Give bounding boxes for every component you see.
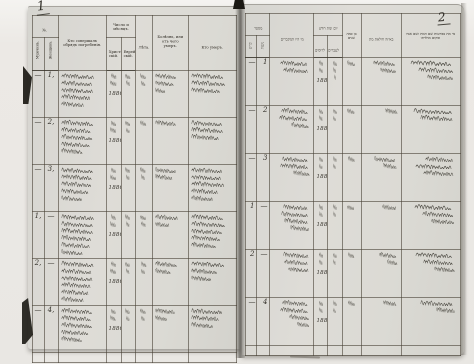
handwriting-scribble [283,251,312,258]
handwritten-year: 1886 [316,270,328,277]
entry-cell-d1: 1886 [106,306,121,353]
handwriting-scribble [333,59,338,66]
entry-cell-ill [361,202,401,250]
handwriting-scribble [348,299,356,306]
col-date-jewish-header: Еврей-скій. [121,38,135,71]
handwriting-scribble [280,59,311,66]
handwriting-scribble [61,321,96,328]
col-date-jewish-label: לעברים [331,48,339,52]
handwriting-scribble [111,72,117,79]
handwriting-scribble [191,133,223,140]
handwriting-scribble [111,260,117,267]
entry-number-male: 1 [246,202,257,250]
entry-number-male: — [32,165,44,212]
register-row: —1,1886 [32,71,236,118]
handwriting-scribble [141,314,145,321]
handwriting-scribble [125,72,131,79]
entry-cell-d2 [328,154,342,202]
handwriting-scribble [293,169,312,176]
register-page-right: 2 מספר מי היו המקברים יום ומת חדש בן כמה… [242,4,464,355]
handwriting-scribble [319,203,324,210]
entry-cell-who [58,306,106,353]
handwriting-scribble [111,119,117,126]
entry-cell-ill [152,118,188,165]
handwriting-scribble [191,173,225,180]
handwriting-scribble [379,251,399,258]
table-header-right: מספר מי היו המקברים יום ומת חדש בן כמה ש… [246,14,460,58]
col-deceased-header: Кто умеръ. [188,16,236,71]
col-date-christian-label: Христіан-скій. [109,50,118,59]
handwriting-scribble [282,155,312,162]
entry-cell-who [58,212,106,259]
handwriting-scribble [155,166,179,173]
handwriting-scribble [319,107,324,114]
col-age-header: בן כמה שנים [342,14,361,58]
entry-cell-name [188,259,236,306]
handwriting-scribble [61,288,93,295]
handwriting-scribble [126,220,130,227]
handwriting-scribble [155,220,171,227]
register-row: —2,1886 [32,118,236,165]
col-date-header: Число и мѣсяцъ. [106,16,135,38]
handwriting-scribble [125,260,130,267]
handwriting-scribble [155,213,181,220]
handwriting-scribble [191,267,221,274]
col-number-male-header: זכרים [246,36,257,58]
entry-cell-d1: 1886 [106,71,121,118]
handwriting-scribble [374,155,399,162]
handwriting-scribble [61,72,99,79]
handwriting-scribble [61,335,85,342]
handwriting-scribble [380,66,398,73]
handwritten-year: 1886 [316,318,328,325]
handwriting-scribble [418,66,458,73]
entry-cell-ill [361,106,401,154]
handwriting-scribble [125,213,131,220]
handwriting-scribble [61,314,95,321]
handwriting-scribble [289,313,312,320]
col-illness-label: באיזה חולאת מת [365,37,398,41]
handwriting-scribble [420,299,458,306]
scanned-register-spread: 1 №. Кто совершалъ обрядъ погребенія. Чи… [0,0,474,364]
handwriting-scribble [191,241,219,248]
col-number-male-label: Мужчинъ. [36,45,39,59]
register-row: —21886 [246,106,460,154]
handwriting-scribble [110,79,117,86]
handwriting-scribble [333,203,337,210]
entry-cell-name [401,154,460,202]
handwriting-scribble [155,79,176,86]
entry-number-female: — [257,202,270,250]
entry-cell-ill [152,212,188,259]
handwriting-scribble [126,314,130,321]
handwriting-scribble [141,173,145,180]
entry-cell-d2 [328,58,342,106]
page-edge-shadow [461,3,467,355]
handwriting-scribble [284,217,311,224]
handwriting-scribble [319,66,323,73]
handwriting-scribble [347,107,355,114]
handwriting-scribble [141,260,147,267]
entry-number-male: 1, [32,212,44,259]
binding-mark-gutter-top [233,0,245,9]
handwriting-scribble [280,162,312,169]
handwriting-scribble [434,265,458,272]
entry-number-male: — [32,118,44,165]
handwriting-scribble [191,72,228,79]
col-age-label: Лѣта. [138,45,149,49]
handwriting-scribble [382,203,398,210]
col-burial-header: Кто совершалъ обрядъ погребенія. [58,16,106,71]
handwriting-scribble [347,203,355,210]
handwriting-scribble [155,314,169,321]
entry-number-male: — [246,106,257,154]
handwriting-scribble [191,260,229,267]
col-number-female-header: נקבות [257,36,270,58]
handwriting-scribble [61,281,95,288]
entry-cell-age [135,118,152,165]
handwriting-scribble [155,173,175,180]
handwriting-scribble [319,155,324,162]
entry-cell-d1: 1886 [314,250,328,298]
handwriting-scribble [61,147,86,154]
entry-cell-age [135,71,152,118]
handwriting-scribble [319,251,324,258]
handwriting-scribble [280,306,312,313]
handwriting-scribble [125,307,130,314]
handwriting-scribble [61,79,96,86]
col-date-christian-header: לרוסים [314,36,328,58]
handwritten-year: 1886 [109,185,122,192]
table-bottom-spacer-row [246,346,460,356]
handwriting-scribble [288,265,311,272]
entry-number-female: 2, [44,118,58,165]
handwriting-scribble [61,234,95,241]
col-burial-header: מי היו המקברים [270,14,314,58]
handwritten-year: 1886 [109,279,122,286]
entry-cell-ill [361,298,401,346]
register-row: —4,1886 [32,306,236,353]
col-date-label: יום ומת חדש [317,26,338,30]
entry-cell-age [135,259,152,306]
handwriting-scribble [413,107,457,114]
entry-cell-who [270,106,314,154]
handwriting-scribble [61,227,98,234]
entry-number-male: 2, [32,259,44,306]
handwriting-scribble [319,299,324,306]
entry-cell-ill [152,165,188,212]
entry-cell-ill [361,154,401,202]
handwriting-scribble [319,306,323,313]
entry-cell-age [342,298,361,346]
handwriting-scribble [385,107,399,114]
entry-cell-name [401,106,460,154]
entry-cell-d2 [121,212,135,259]
handwriting-scribble [126,126,130,133]
entry-cell-who [58,165,106,212]
binding-gutter [235,0,245,358]
handwritten-year: 1886 [109,232,122,239]
entry-cell-name [188,165,236,212]
handwriting-scribble [333,299,337,306]
register-table-left: №. Кто совершалъ обрядъ погребенія. Числ… [32,15,237,363]
handwriting-scribble [61,220,97,227]
entry-number-female: 4, [44,306,58,353]
handwriting-scribble [333,306,336,313]
entry-number-male: — [246,298,257,346]
entry-cell-who [270,298,314,346]
handwriting-scribble [61,307,97,314]
handwriting-scribble [422,210,458,217]
register-row: 2,—1886 [32,259,236,306]
entry-cell-name [188,71,236,118]
col-date-jewish-label: Еврей-скій. [124,50,132,59]
register-row: —31886 [246,154,460,202]
entry-cell-d1: 1886 [106,118,121,165]
handwriting-scribble [61,86,98,93]
handwriting-scribble [333,107,337,114]
handwriting-scribble [110,267,117,274]
col-number-male-header: Мужчинъ. [32,38,44,71]
handwriting-scribble [141,220,146,227]
handwriting-scribble [61,93,95,100]
entry-cell-d1: 1886 [314,298,328,346]
handwriting-scribble [125,166,131,173]
handwriting-scribble [319,114,323,121]
handwriting-scribble [61,187,93,194]
handwriting-scribble [347,59,356,66]
register-entries-right: —11886—21886—318861—18862—1886—41886 [246,58,460,356]
handwriting-scribble [140,72,147,79]
col-age-label: בן כמה שנים [345,32,358,41]
handwriting-scribble [141,267,146,274]
handwriting-scribble [348,155,356,162]
handwriting-scribble [290,224,312,231]
entry-number-male: — [32,71,44,118]
handwriting-scribble [111,307,116,314]
entry-cell-name [401,250,460,298]
col-number-female-header: Женщинъ. [44,38,58,71]
col-number-header: מספר [246,14,270,36]
handwritten-year: 1886 [316,174,328,181]
entry-cell-d1: 1886 [106,259,121,306]
col-deceased-header: מי מת בפרטות שם המת ושם אביו ומקום מולדת… [401,14,460,58]
handwriting-scribble [383,162,398,169]
handwriting-scribble [61,166,98,173]
handwriting-scribble [284,258,311,265]
handwriting-scribble [140,213,147,220]
handwriting-scribble [140,166,146,173]
col-date-christian-label: לרוסים [317,48,325,52]
entry-cell-who [58,259,106,306]
handwriting-scribble [126,267,130,274]
register-row: —11886 [246,58,460,106]
handwriting-scribble [155,72,179,79]
handwriting-scribble [61,213,99,220]
handwriting-scribble [110,126,117,133]
register-row: 1,—1886 [32,212,236,259]
entry-number-male: — [246,154,257,202]
handwriting-scribble [373,59,398,66]
col-deceased-label: מי מת בפרטות שם המת ושם אביו ומקום מולדת… [405,32,455,41]
entry-cell-d1: 1886 [314,106,328,154]
entry-cell-d2 [121,71,135,118]
register-row: 1—1886 [246,202,460,250]
handwriting-scribble [383,299,398,306]
entry-cell-d2 [328,202,342,250]
handwriting-scribble [191,194,216,201]
col-number-male-label: זכרים [250,42,253,49]
entry-cell-d2 [328,298,342,346]
handwriting-scribble [191,213,228,220]
entry-cell-age [135,306,152,353]
entry-cell-ill [361,58,401,106]
col-date-label: Число и мѣсяцъ. [109,23,131,32]
entry-number-female: — [44,212,58,259]
page-number-right: 2 [437,10,451,25]
entry-cell-age [342,250,361,298]
entry-number-female: 1, [44,71,58,118]
entry-cell-d2 [328,250,342,298]
col-number-header: №. [32,16,58,38]
entry-number-male: — [246,58,257,106]
handwriting-scribble [348,251,355,258]
handwriting-scribble [140,307,146,314]
handwriting-scribble [61,260,98,267]
handwriting-scribble [333,162,336,169]
handwriting-scribble [415,162,457,169]
col-illness-header: באיזה חולאת מת [361,14,401,58]
handwriting-scribble [61,173,96,180]
col-deceased-label: Кто умеръ. [192,45,232,49]
handwriting-scribble [110,220,117,227]
handwriting-scribble [155,119,179,126]
handwriting-scribble [155,86,167,93]
handwriting-scribble [387,258,399,265]
handwriting-scribble [111,213,116,220]
handwriting-scribble [61,194,85,201]
table-bottom-spacer-row [32,353,236,363]
handwriting-scribble [61,248,86,255]
handwriting-scribble [420,114,458,121]
handwriting-scribble [191,234,225,241]
entry-number-female: 3, [44,165,58,212]
entry-cell-name [401,202,460,250]
col-number-label: №. [35,28,55,32]
handwriting-scribble [61,126,95,133]
entry-cell-d2 [328,106,342,154]
handwriting-scribble [191,180,229,187]
entry-cell-age [135,165,152,212]
scan-smudge [290,355,320,358]
entry-cell-age [342,106,361,154]
handwriting-scribble [279,114,312,121]
handwriting-scribble [61,328,93,335]
entry-cell-name [188,118,236,165]
register-page-left: №. Кто совершалъ обрядъ погребенія. Числ… [28,6,240,349]
handwriting-scribble [291,121,311,128]
entry-cell-name [188,212,236,259]
entry-cell-age [342,202,361,250]
handwritten-year: 1886 [109,326,122,333]
entry-cell-ill [152,306,188,353]
register-row: 2—1886 [246,250,460,298]
entry-cell-d2 [121,259,135,306]
col-number-label: מספר [249,26,267,30]
handwriting-scribble [191,126,228,133]
entry-number-female: 2 [257,106,270,154]
handwriting-scribble [111,166,117,173]
handwriting-scribble [61,274,97,281]
handwriting-scribble [191,274,214,281]
entry-cell-d2 [121,118,135,165]
entry-cell-who [58,118,106,165]
handwriting-scribble [141,79,146,86]
handwriting-scribble [333,258,336,265]
entry-cell-ill [152,259,188,306]
col-burial-label: Кто совершалъ обрядъ погребенія. [62,39,102,48]
col-burial-label: מי היו המקברים [274,37,310,41]
entry-cell-d1: 1886 [106,165,121,212]
handwriting-scribble [319,162,323,169]
col-number-female-label: Женщинъ. [49,45,52,59]
handwriting-scribble [155,307,178,314]
handwriting-scribble [61,133,97,140]
handwriting-scribble [333,251,337,258]
entry-cell-who [270,154,314,202]
handwriting-scribble [319,258,323,265]
col-date-jewish-header: לעברים [328,36,342,58]
col-number-female-label: נקבות [262,42,265,49]
entry-cell-name [401,58,460,106]
table-header-left: №. Кто совершалъ обрядъ погребенія. Числ… [32,16,236,71]
handwriting-scribble [110,314,116,321]
handwriting-scribble [333,66,336,73]
handwritten-year: 1886 [316,222,328,229]
handwriting-scribble [191,314,223,321]
handwriting-scribble [425,155,457,162]
entry-cell-age [342,154,361,202]
handwriting-scribble [427,73,457,80]
handwriting-scribble [61,295,87,302]
entry-cell-who [58,71,106,118]
handwriting-scribble [415,251,457,258]
handwriting-scribble [423,169,458,176]
handwriting-scribble [436,306,458,313]
entry-cell-who [270,202,314,250]
handwriting-scribble [282,299,312,306]
handwriting-scribble [61,241,94,248]
handwriting-scribble [191,187,222,194]
entry-cell-age [342,58,361,106]
col-illness-header: Болѣзнь, или отъ чего умеръ. [152,16,188,71]
entry-cell-who [270,58,314,106]
col-date-christian-header: Христіан-скій. [106,38,121,71]
handwriting-scribble [61,100,87,107]
handwriting-scribble [431,217,458,224]
handwriting-scribble [191,321,216,328]
handwriting-scribble [191,166,227,173]
handwriting-scribble [297,320,311,327]
register-table-right: מספר מי היו המקברים יום ומת חדש בן כמה ש… [245,13,460,356]
handwriting-scribble [333,114,336,121]
entry-cell-d2 [121,306,135,353]
entry-number-male: 2 [246,250,257,298]
handwriting-scribble [126,173,130,180]
entry-cell-name [401,298,460,346]
entry-number-female: — [257,250,270,298]
handwriting-scribble [319,59,324,66]
